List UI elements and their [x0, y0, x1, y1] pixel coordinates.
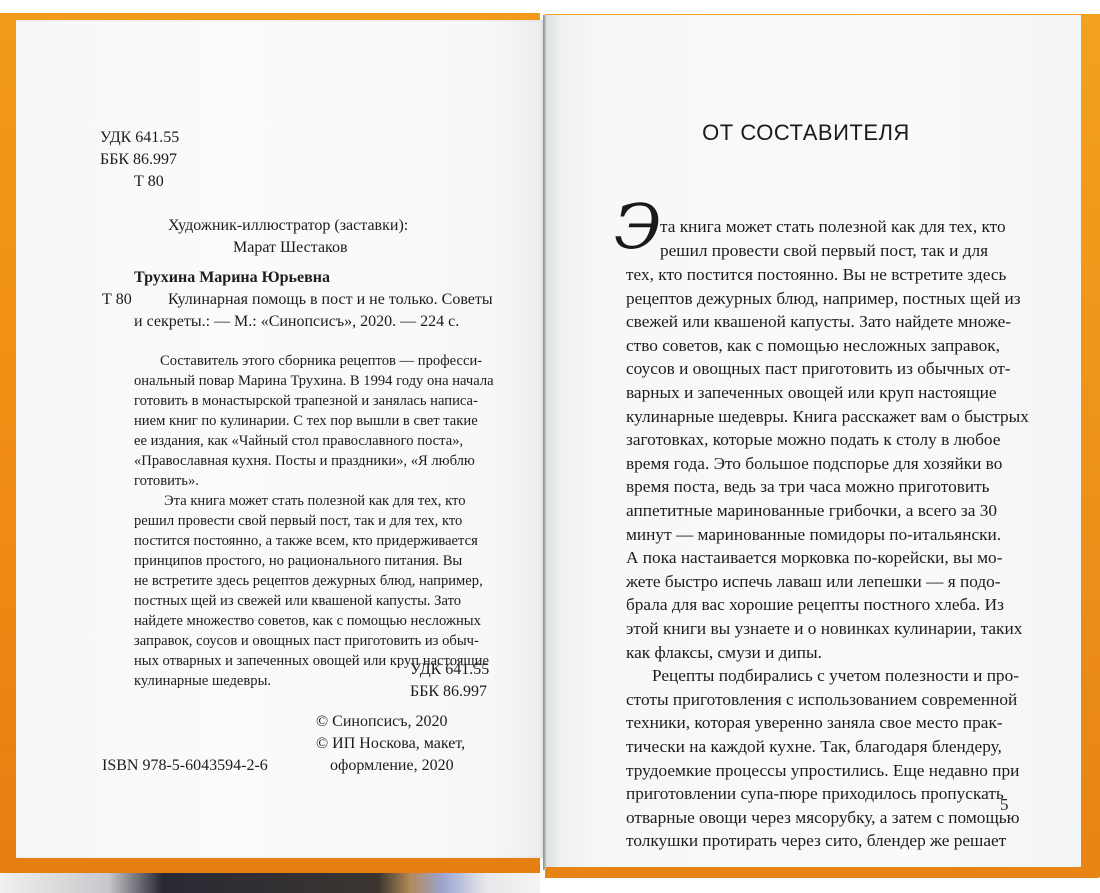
body-line: соусов и овощных паст приготовить из обы…	[626, 360, 1011, 377]
annotation-line: «Православная кухня. Посты и праздники»,…	[134, 454, 475, 469]
body-line: жете быстро испечь лаваш или лепешки — я…	[626, 573, 1001, 590]
annotation-line: готовить».	[134, 474, 199, 489]
udk-code-bottom: УДК 641.55	[410, 662, 489, 678]
annotation-line: принципов простого, но рационального пит…	[134, 554, 462, 569]
annotation-line: нием книг по кулинарии. С тех пор вышли …	[134, 414, 478, 429]
author-name: Трухина Марина Юрьевна	[134, 270, 330, 286]
body-line: приготовлении супа-пюре приходилось проп…	[626, 785, 1004, 802]
body-line: кулинарные шедевры. Книга расскажет вам …	[626, 408, 1029, 425]
body-line: А пока настаивается морковка по-корейски…	[626, 549, 1002, 566]
body-line: этой книги вы узнаете и о новинках кулин…	[626, 620, 1022, 637]
bbk-code-bottom: ББК 86.997	[410, 684, 487, 700]
annotation-line: заправок, соусов и овощных паст приготов…	[134, 634, 479, 649]
annotation-line: постится постоянно, а также всем, кто пр…	[134, 534, 478, 549]
body-line: та книга может стать полезной как для те…	[660, 218, 1006, 235]
drop-cap: Э	[614, 196, 661, 258]
body-line: отварные овощи через мясорубку, а затем …	[626, 809, 1020, 826]
body-line: рецептов дежурных блюд, например, постны…	[626, 290, 1021, 307]
body-line: как флаксы, смузи и дипы.	[626, 644, 822, 661]
body-line: время поста, ведь за три часа можно приг…	[626, 478, 990, 495]
annotation-line: постных щей из свежей или квашеной капус…	[134, 594, 461, 609]
udk-code: УДК 641.55	[100, 130, 179, 146]
annotation-line: кулинарные шедевры.	[134, 674, 271, 689]
annotation-line: ее издания, как «Чайный стол православно…	[134, 434, 463, 449]
body-line: решил провести свой первый пост, так и д…	[660, 242, 988, 259]
body-line: брала для вас хорошие рецепты постного х…	[626, 596, 1004, 613]
chapter-heading: ОТ СОСТАВИТЕЛЯ	[600, 120, 1012, 146]
body-line: техники, которая уверенно заняла свое ме…	[626, 714, 1003, 731]
body-line: ство советов, как с помощью несложных за…	[626, 337, 1000, 354]
annotation-line: ональный повар Марина Трухина. В 1994 го…	[134, 374, 494, 389]
body-line: свежей или квашеной капусты. Зато найдет…	[626, 313, 1011, 330]
body-line: толкушки протирать через сито, блендер ж…	[626, 832, 1006, 849]
author-sign: Т 80	[134, 174, 164, 190]
annotation-line: готовить в монастырской трапезной и заня…	[134, 394, 478, 409]
copyright-line: © ИП Носкова, макет,	[316, 736, 465, 752]
annotation-line: найдете множество советов, как с помощью…	[134, 614, 481, 629]
bbk-code: ББК 86.997	[100, 152, 177, 168]
body-line: тически на каждой кухне. Так, благодаря …	[626, 738, 1002, 755]
illustrator-name: Марат Шестаков	[233, 240, 348, 256]
book-gutter	[543, 15, 546, 870]
body-line: время года. Это большое подспорье для хо…	[626, 455, 1002, 472]
isbn: ISBN 978-5-6043594-2-6	[102, 758, 268, 774]
illustrator-label: Художник-иллюстратор (заставки):	[168, 218, 408, 234]
body-line: тех, кто постится постоянно. Вы не встре…	[626, 266, 1006, 283]
body-line: минут — маринованные помидоры по-итальян…	[626, 526, 1001, 543]
biblio-sign: Т 80	[102, 292, 132, 308]
book-bottom-edge	[0, 873, 540, 893]
body-line: трудоемкие процессы упростились. Еще нед…	[626, 762, 1019, 779]
body-line: варных и запеченных овощей или круп наст…	[626, 384, 997, 401]
annotation-line: Составитель этого сборника рецептов — пр…	[160, 354, 482, 369]
annotation-line: решил провести свой первый пост, так и д…	[134, 514, 462, 529]
body-line: заготовках, которые можно подать к столу…	[626, 431, 1000, 448]
annotation-line: Эта книга может стать полезной как для т…	[164, 494, 466, 509]
body-line: аппетитные маринованные грибочки, а всег…	[626, 502, 997, 519]
biblio-line: и секреты.: — М.: «Синопсисъ», 2020. — 2…	[134, 314, 459, 330]
body-line: Рецепты подбирались с учетом полезности …	[652, 667, 1019, 684]
body-line: стоты приготовления с использованием сов…	[626, 691, 1017, 708]
biblio-line: Кулинарная помощь в пост и не только. Со…	[168, 292, 493, 308]
annotation-line: не встретите здесь рецептов дежурных блю…	[134, 574, 483, 589]
copyright-line: © Синопсисъ, 2020	[316, 714, 448, 730]
copyright-line: оформление, 2020	[330, 758, 454, 774]
page-number: 5	[1000, 795, 1009, 815]
